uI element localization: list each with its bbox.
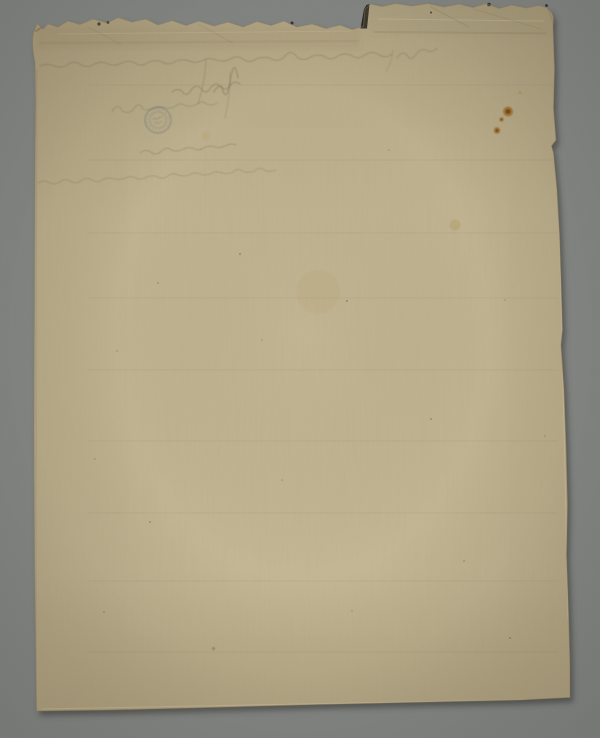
document-scan bbox=[0, 0, 600, 738]
photo-vignette bbox=[0, 0, 600, 738]
scan-viewport: Verso of an aged, torn manuscript leaf: … bbox=[0, 0, 600, 738]
